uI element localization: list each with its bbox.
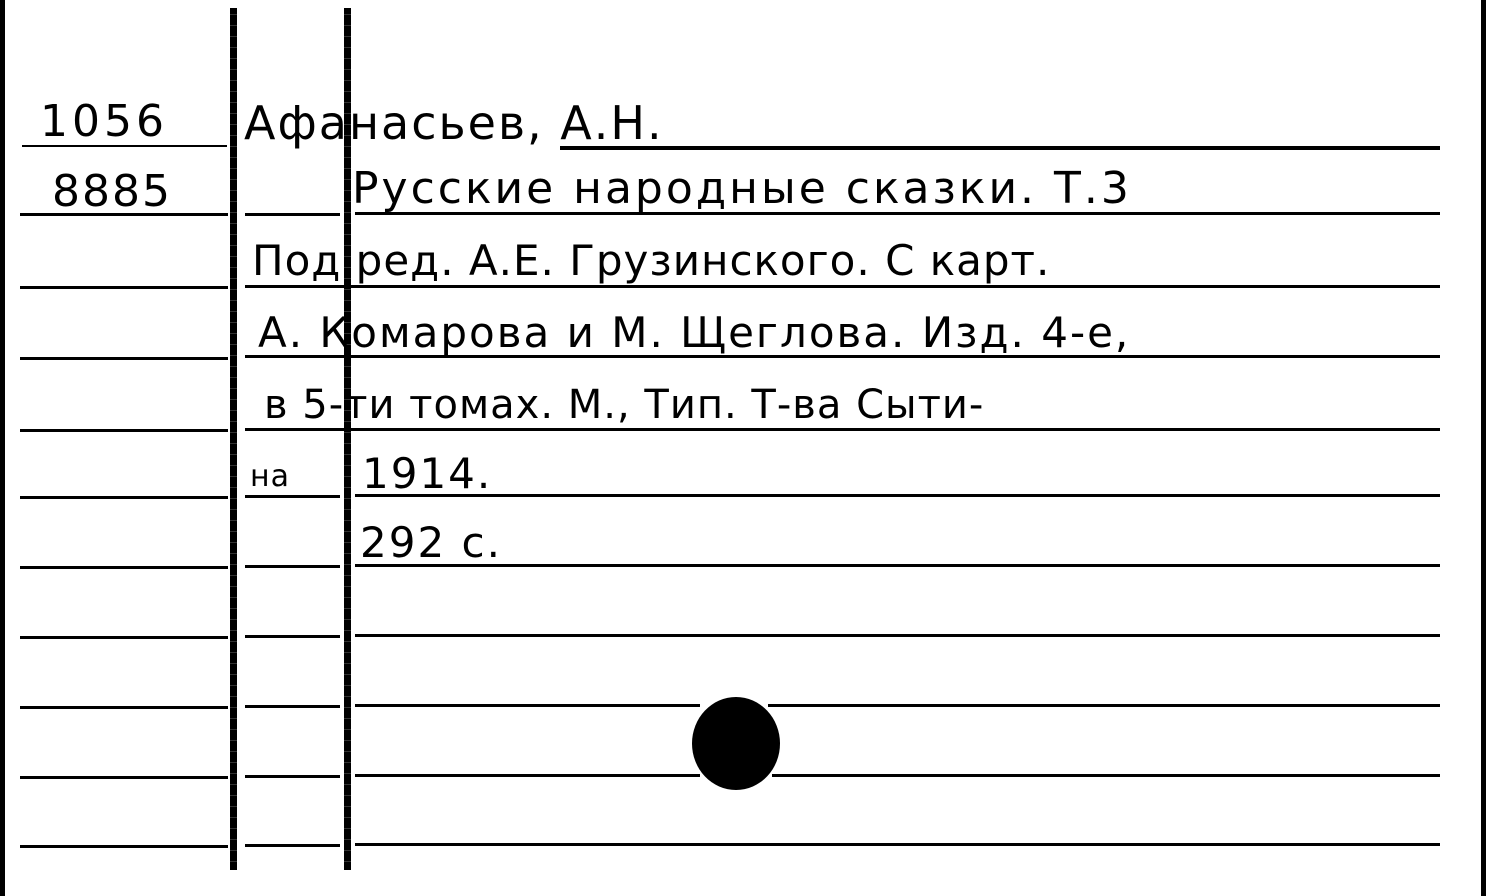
ruled-line (355, 634, 1440, 637)
imprint-line: в 5-ти томах. М., Тип. Т-ва Сыти- (264, 385, 984, 425)
ruled-line (245, 635, 340, 638)
ruled-line (245, 565, 340, 568)
ruled-line (245, 775, 340, 778)
card-right-edge (1481, 0, 1486, 896)
ruled-line (355, 774, 700, 777)
illustrators-line: А. Комарова и М. Щеглова. Изд. 4-е, (258, 312, 1130, 354)
ruled-line (20, 636, 228, 639)
ruled-line (768, 704, 1440, 707)
ruled-line (20, 357, 228, 360)
ruled-line (355, 704, 700, 707)
ruled-line (772, 774, 1440, 777)
rod-hole (692, 697, 780, 790)
ruled-line (245, 844, 340, 847)
ruled-line (20, 496, 228, 499)
call-number-line-1: 1056 (40, 100, 168, 144)
ruled-line (245, 495, 340, 498)
editor-line: Под ред. А.Е. Грузинского. С карт. (252, 240, 1050, 282)
ruled-line (245, 428, 1440, 431)
ruled-line (245, 705, 340, 708)
imprint-continuation: на (250, 462, 290, 492)
ruled-line (355, 843, 1440, 846)
ruled-line (20, 845, 228, 848)
call-number-line-2: 8885 (52, 170, 172, 214)
ruled-line (245, 285, 1440, 288)
ruled-line (355, 494, 1440, 497)
catalog-card: 1056 8885 Афанасьев, А.Н. Русские народн… (0, 0, 1488, 896)
title-line: Русские народные сказки. Т.3 (352, 167, 1132, 211)
ruled-line (20, 286, 228, 289)
ruled-line (560, 146, 1440, 150)
card-left-edge (0, 0, 5, 896)
ruled-line (20, 429, 228, 432)
ruled-line (20, 566, 228, 569)
publication-year: 1914. (362, 453, 492, 495)
margin-rule-1 (230, 8, 237, 870)
page-count: 292 с. (360, 522, 502, 564)
ruled-line (20, 776, 228, 779)
ruled-line (355, 564, 1440, 567)
ruled-line (245, 213, 340, 216)
ruled-line (20, 706, 228, 709)
author-heading: Афанасьев, А.Н. (244, 100, 664, 146)
